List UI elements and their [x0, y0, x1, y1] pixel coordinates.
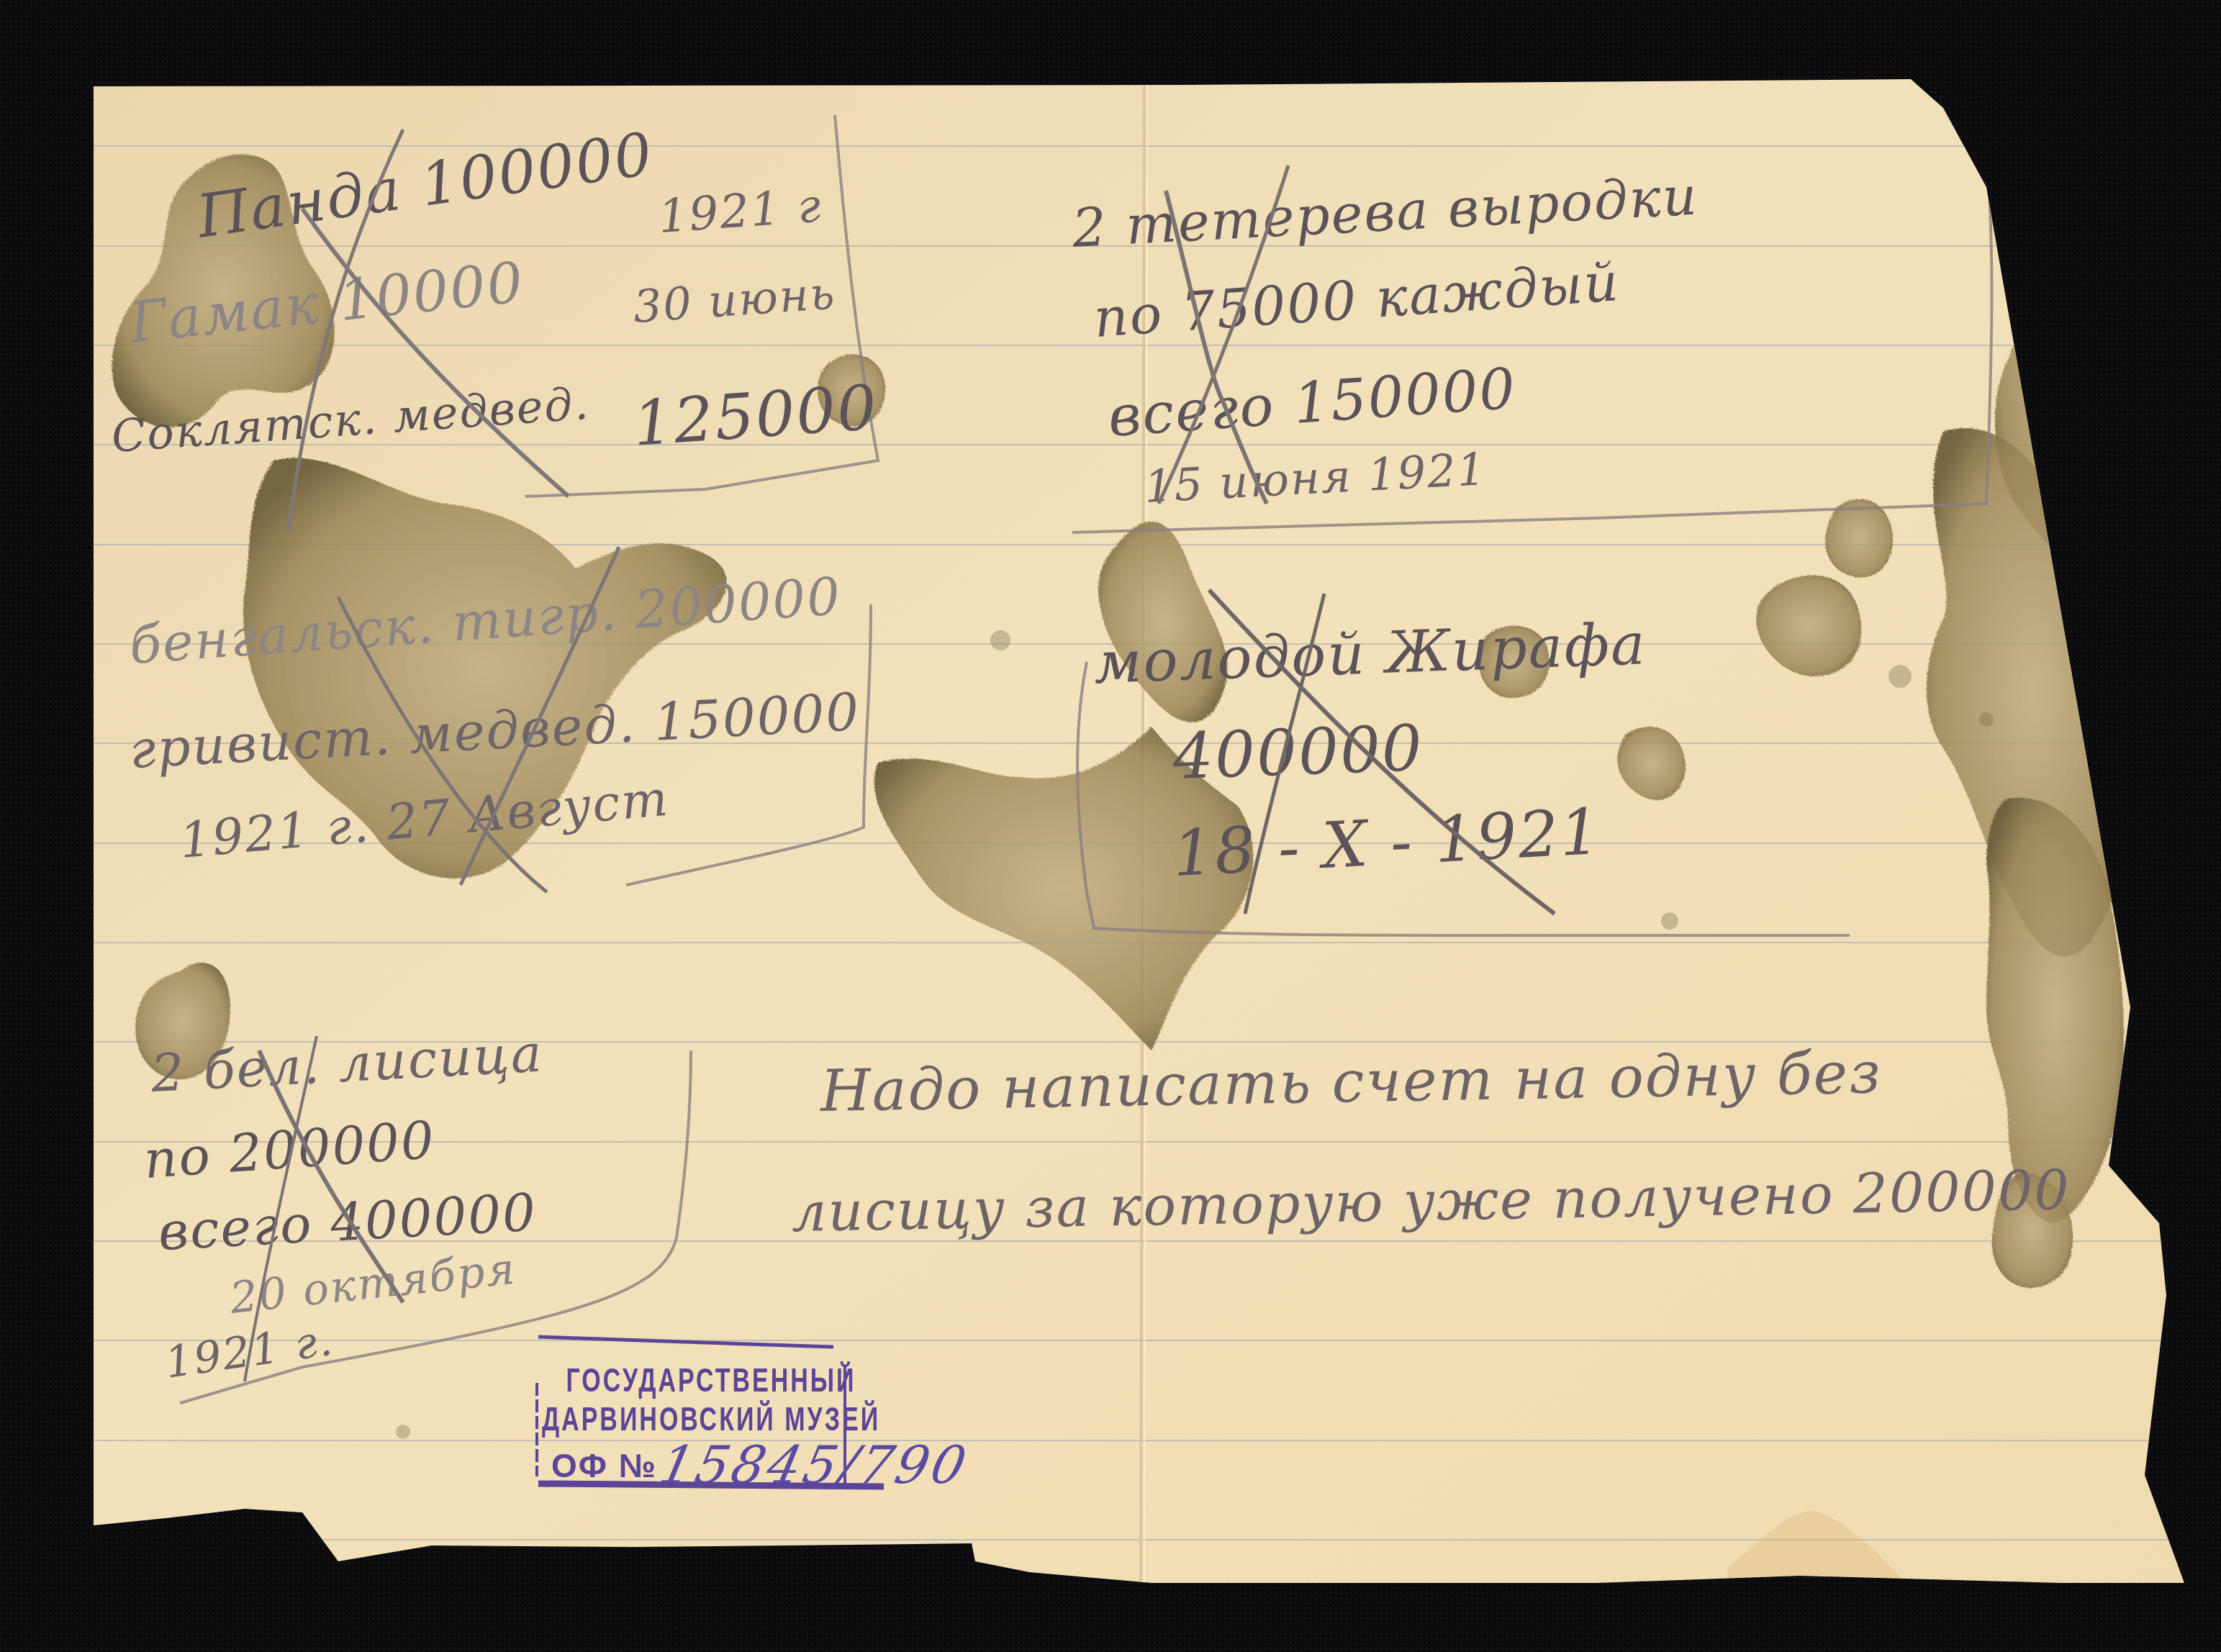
- stamp-line-1: ГОСУДАРСТВЕННЫЙ: [538, 1362, 884, 1400]
- museum-stamp: ГОСУДАРСТВЕННЫЙ ДАРВИНОВСКИЙ МУЗЕЙ ОФ № …: [538, 1340, 884, 1492]
- stamp-inventory-number: 15845/790: [654, 1435, 974, 1495]
- stamp-prefix: ОФ №: [551, 1446, 657, 1485]
- stamp-line-2: ДАРВИНОВСКИЙ МУЗЕЙ: [538, 1401, 884, 1439]
- entry-5-cross-out: [0, 0, 2221, 1652]
- paper-sheet: Панда 100000 Гамак 10000 Cоклятск. медве…: [0, 0, 2221, 1652]
